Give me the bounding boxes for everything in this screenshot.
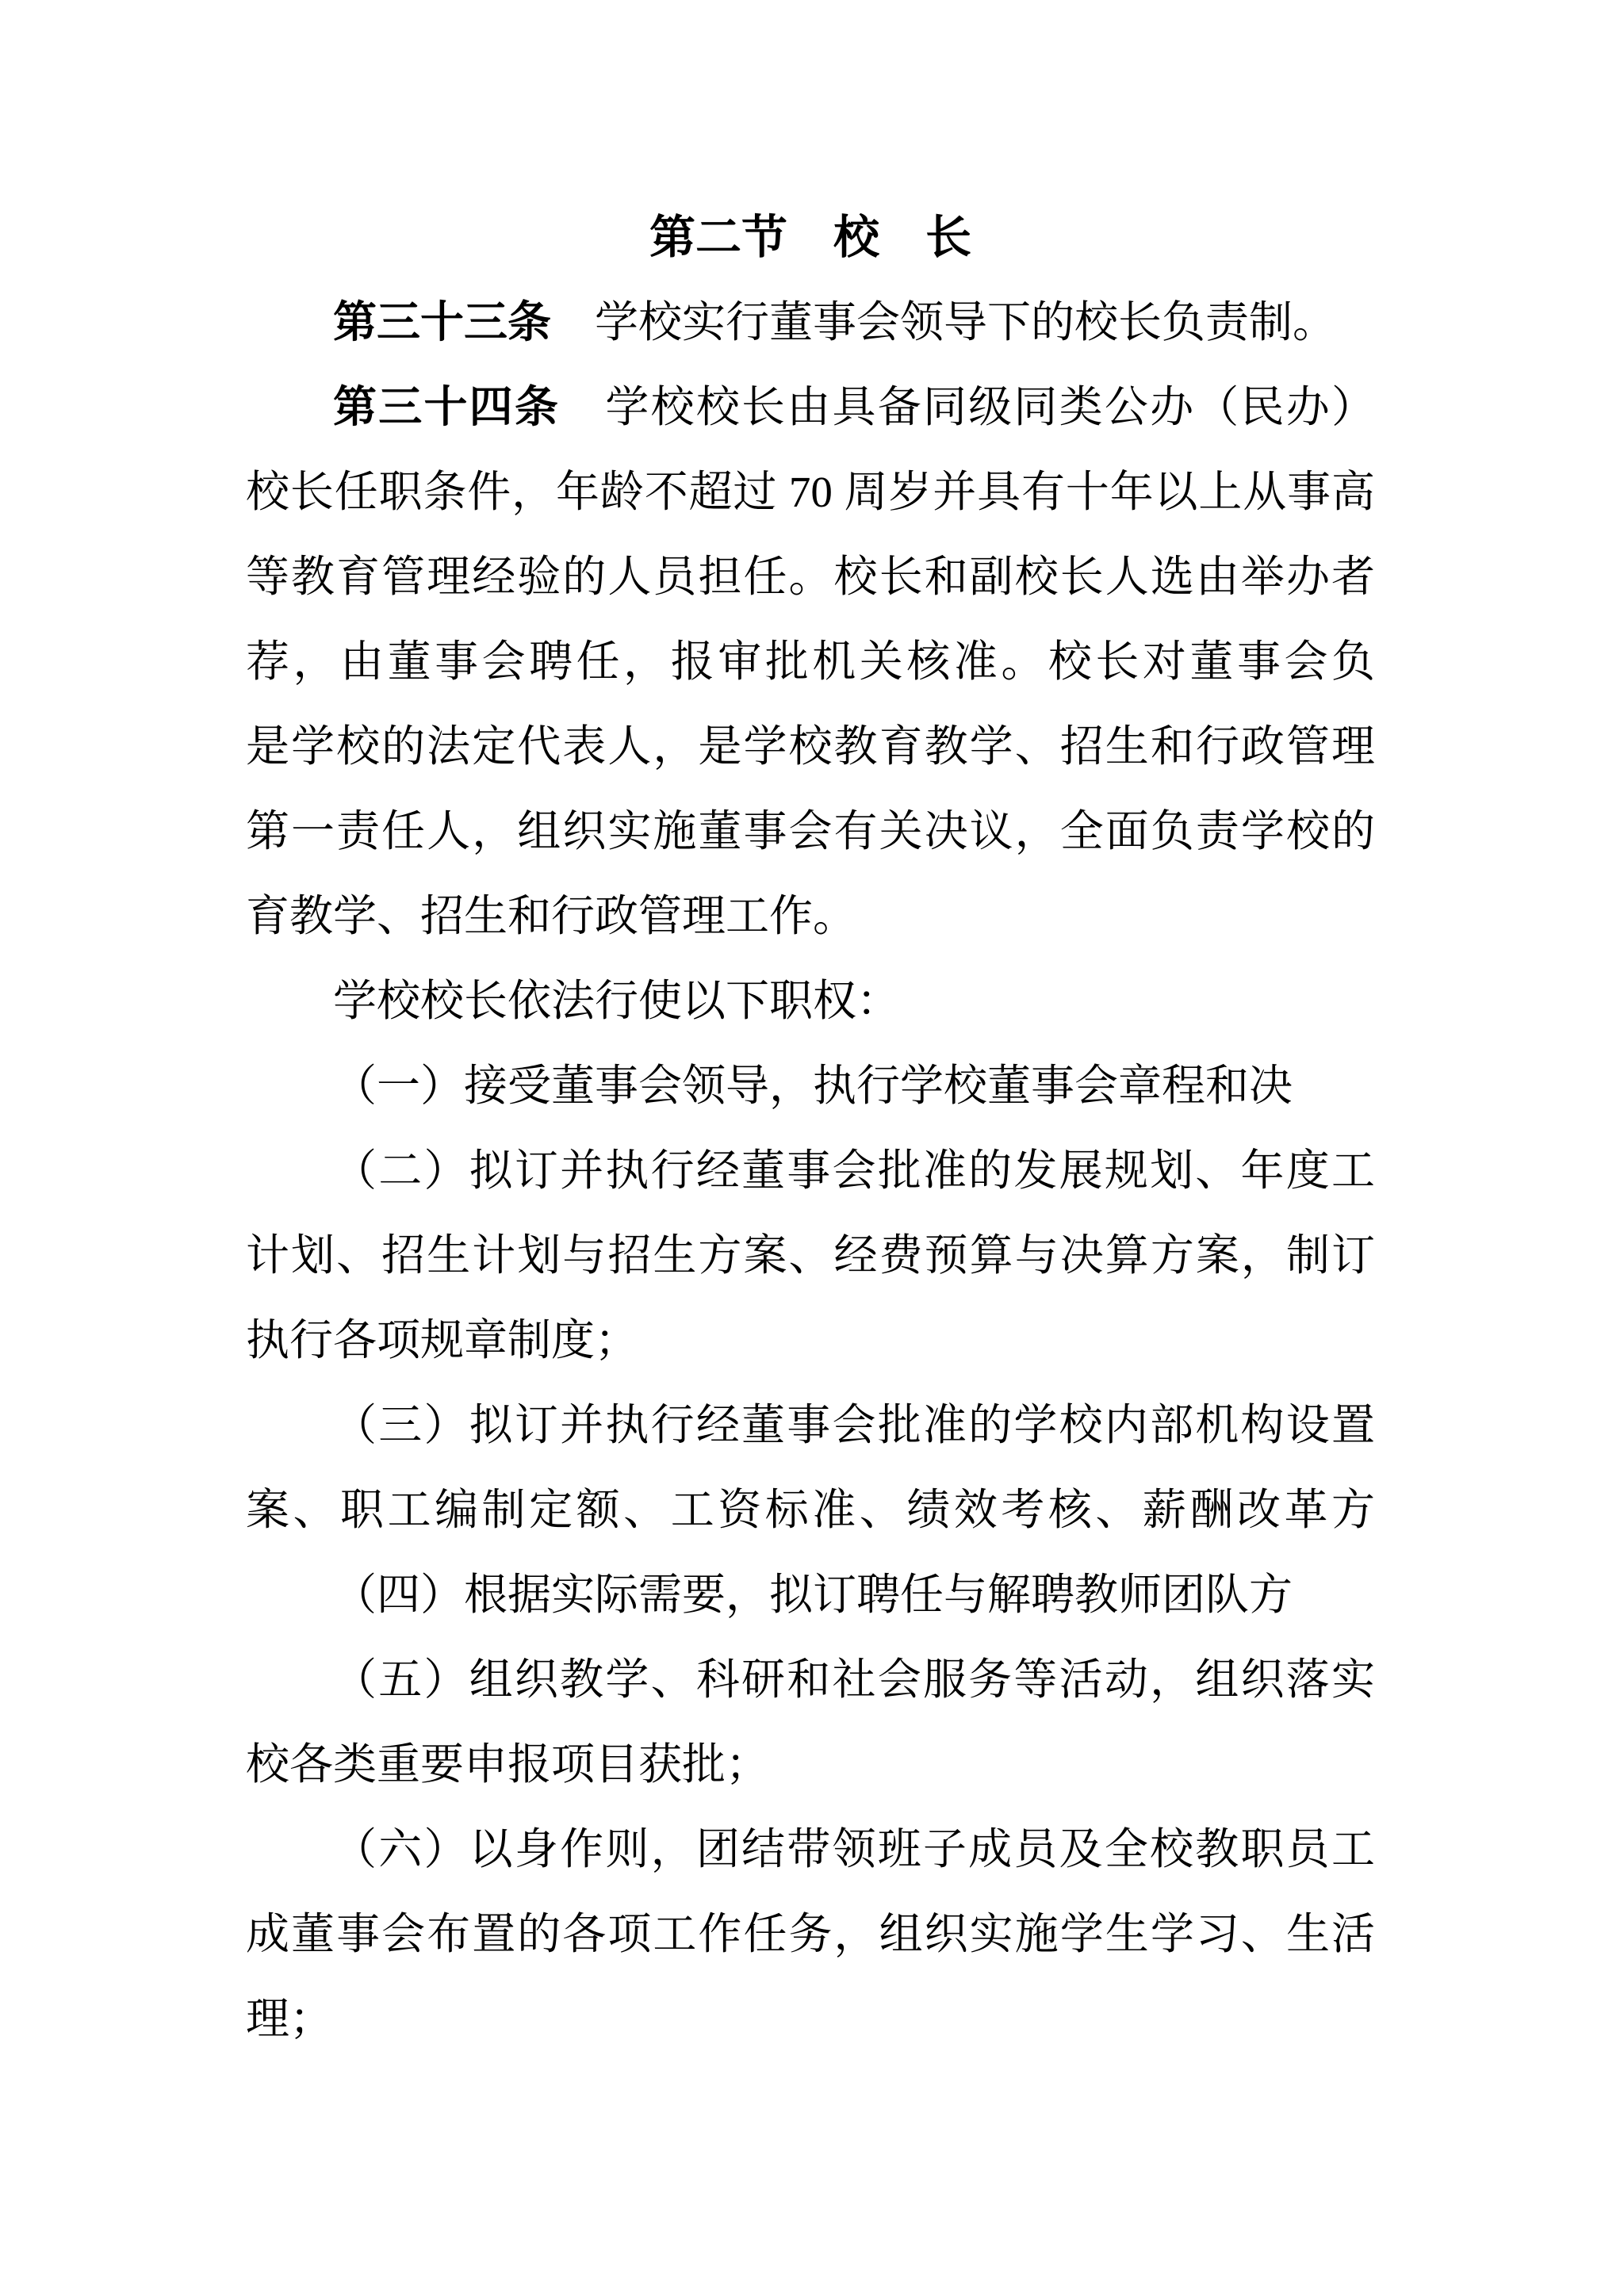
document-page: 第二节 校 长 第三十三条 学校实行董事会领导下的校长负责制。第三十四条 学校校… — [0, 0, 1624, 2296]
text-segment: 等教育管理经验的人员担任。校长和副校长人选由举办者推 — [246, 553, 1375, 619]
document-line: 学校校长依法行使以下职权： — [246, 959, 1375, 1043]
document-line: 成董事会布置的各项工作任务，组织实施学生学习、生活管 — [246, 1892, 1375, 1976]
document-line: （四）根据实际需要，拟订聘任与解聘教师团队方案； — [246, 1552, 1375, 1637]
text-segment: 是学校的法定代表人，是学校教育教学、招生和行政管理的 — [246, 722, 1375, 789]
text-segment: 成董事会布置的各项工作任务，组织实施学生学习、生活管 — [246, 1910, 1375, 1976]
document-content: 第二节 校 长 第三十三条 学校实行董事会领导下的校长负责制。第三十四条 学校校… — [246, 195, 1375, 2061]
document-line: 第三十四条 学校校长由具备同级同类公办（民办）校 — [246, 365, 1375, 450]
document-line: 第一责任人，组织实施董事会有关决议，全面负责学校的教 — [246, 789, 1375, 874]
article-number: 第三十三条 — [333, 298, 551, 346]
document-line: 育教学、招生和行政管理工作。 — [246, 874, 1375, 959]
document-line: 理； — [246, 1976, 1375, 2061]
text-segment: 育教学、招生和行政管理工作。 — [246, 892, 856, 940]
document-line: （一）接受董事会领导，执行学校董事会章程和决议； — [246, 1043, 1375, 1128]
document-line: 等教育管理经验的人员担任。校长和副校长人选由举办者推 — [246, 534, 1375, 619]
document-line: 案、职工编制定额、工资标准、绩效考核、薪酬改革方案； — [246, 1468, 1375, 1552]
text-segment: 理； — [246, 1995, 333, 2043]
text-segment: （五）组织教学、科研和社会服务等活动，组织落实学 — [246, 1655, 1375, 1722]
document-line: （五）组织教学、科研和社会服务等活动，组织落实学 — [246, 1637, 1375, 1722]
document-line: 荐，由董事会聘任，报审批机关核准。校长对董事会负责， — [246, 619, 1375, 704]
text-segment: 案、职工编制定额、工资标准、绩效考核、薪酬改革方案； — [246, 1486, 1375, 1552]
section-title: 第二节 校 长 — [246, 195, 1375, 280]
document-line: （二）拟订并执行经董事会批准的发展规划、年度工作 — [246, 1128, 1375, 1213]
document-line: 是学校的法定代表人，是学校教育教学、招生和行政管理的 — [246, 704, 1375, 789]
document-line: （六）以身作则，团结带领班子成员及全校教职员工完 — [246, 1807, 1375, 1892]
text-segment: 学校校长依法行使以下职权： — [333, 977, 900, 1025]
document-line: 第三十三条 学校实行董事会领导下的校长负责制。 — [246, 280, 1375, 365]
document-line: 执行各项规章制度； — [246, 1298, 1375, 1383]
document-line: 计划、招生计划与招生方案、经费预算与决算方案，制订并 — [246, 1213, 1375, 1298]
text-segment: （二）拟订并执行经董事会批准的发展规划、年度工作 — [246, 1146, 1375, 1213]
document-line: 校各类重要申报项目获批； — [246, 1722, 1375, 1807]
text-segment: （四）根据实际需要，拟订聘任与解聘教师团队方案； — [246, 1571, 1293, 1637]
text-segment: 执行各项规章制度； — [246, 1316, 638, 1364]
text-segment: 第一责任人，组织实施董事会有关决议，全面负责学校的教 — [246, 807, 1375, 874]
document-body: 第三十三条 学校实行董事会领导下的校长负责制。第三十四条 学校校长由具备同级同类… — [246, 280, 1375, 2061]
text-segment: （一）接受董事会领导，执行学校董事会章程和决议； — [246, 1062, 1293, 1128]
text-segment: （三）拟订并执行经董事会批准的学校内部机构设置方 — [246, 1401, 1375, 1468]
document-line: （三）拟订并执行经董事会批准的学校内部机构设置方 — [246, 1383, 1375, 1468]
text-segment: 计划、招生计划与招生方案、经费预算与决算方案，制订并 — [246, 1231, 1375, 1298]
document-line: 校长任职条件，年龄不超过 70 周岁并具有十年以上从事高 — [246, 450, 1375, 534]
text-segment: 荐，由董事会聘任，报审批机关核准。校长对董事会负责， — [246, 637, 1375, 704]
text-segment: 学校实行董事会领导下的校长负责制。 — [551, 298, 1336, 346]
text-segment: 校长任职条件，年龄不超过 70 周岁并具有十年以上从事高 — [246, 468, 1375, 516]
text-segment: 校各类重要申报项目获批； — [246, 1740, 769, 1789]
article-number: 第三十四条 — [333, 383, 560, 431]
text-segment: （六）以身作则，团结带领班子成员及全校教职员工完 — [246, 1825, 1375, 1892]
